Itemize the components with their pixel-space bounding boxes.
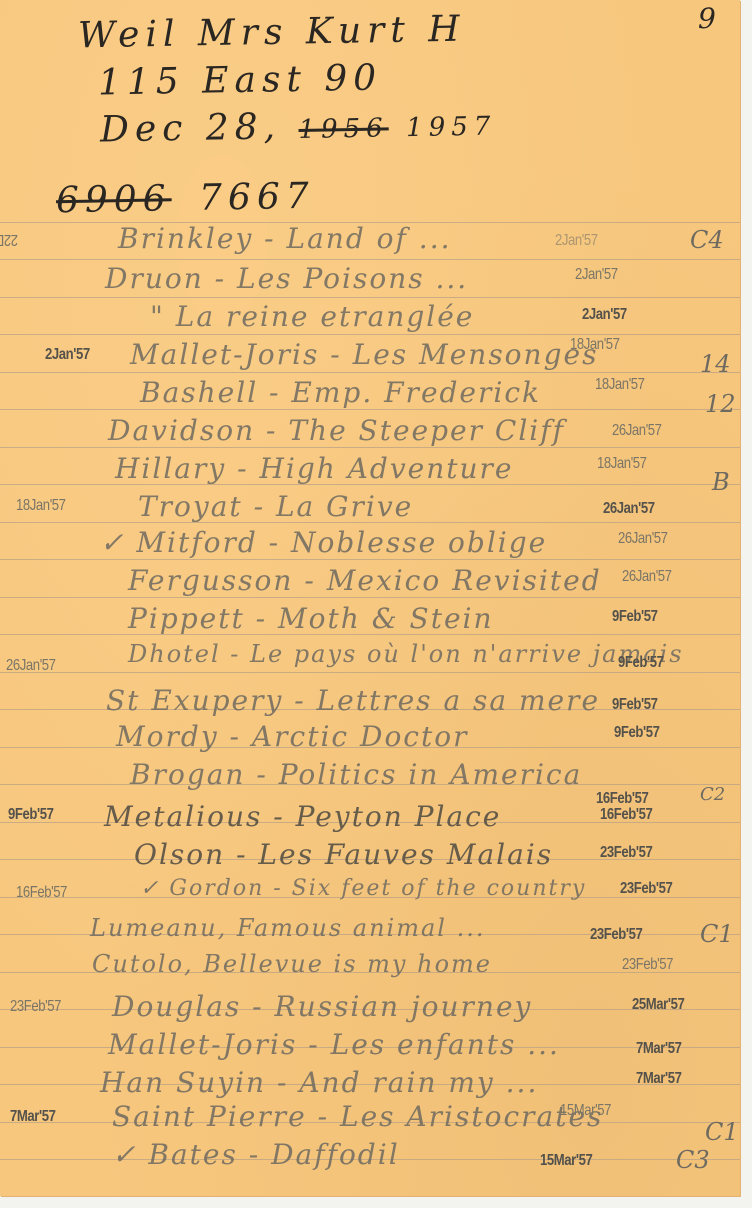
entry-note: C2 — [700, 784, 725, 805]
card-number-current: 7667 — [199, 176, 315, 219]
due-date-stamp: 2Jan'57 — [582, 306, 627, 324]
entry-title: ✓ Mitford - Noblesse oblige — [100, 526, 547, 559]
checkout-date-stamp: 23Feb'57 — [10, 998, 61, 1016]
library-index-card: 9 Weil Mrs Kurt H 115 East 90 Dec 28, 19… — [0, 0, 740, 1196]
entry-note: B — [712, 468, 730, 496]
entry-title: Lumeanu, Famous animal ... — [90, 914, 485, 942]
due-date-stamp: 26Jan'57 — [618, 530, 668, 548]
due-date-stamp: 7Mar'57 — [636, 1070, 681, 1088]
due-date-stamp: 2Jan'57 — [555, 232, 598, 250]
entry-title: Douglas - Russian journey — [112, 990, 532, 1023]
entry-title: Davidson - The Steeper Cliff — [108, 414, 565, 447]
return-date-stamp: 22Dec'56 — [0, 230, 18, 248]
card-date: Dec 28, 1956 1957 — [100, 103, 497, 151]
due-date-stamp: 25Mar'57 — [632, 996, 684, 1014]
entry-title: Cutolo, Bellevue is my home — [92, 950, 492, 978]
due-date-stamp: 15Mar'57 — [540, 1152, 592, 1170]
checkout-date-stamp: 26Jan'57 — [6, 657, 56, 675]
entry-title: Metalious - Peyton Place — [104, 800, 501, 833]
entry-title: Dhotel - Le pays où l'on n'arrive jamais — [128, 640, 684, 668]
entry-title: Fergusson - Mexico Revisited — [128, 564, 602, 597]
due-date-stamp: 26Jan'57 — [622, 568, 672, 586]
due-date-stamp: 15Mar'57 — [560, 1102, 611, 1120]
checkout-date-stamp: 9Feb'57 — [8, 806, 53, 824]
borrower-name: Weil Mrs Kurt H — [78, 9, 466, 57]
page-number: 9 — [698, 2, 716, 35]
due-date-stamp: 16Feb'57 — [600, 806, 652, 824]
due-date-stamp: 2Jan'57 — [575, 266, 618, 284]
due-date-stamp: 9Feb'57 — [614, 724, 659, 742]
entry-title: Brinkley - Land of ... — [118, 222, 452, 255]
date-year: 1957 — [406, 112, 497, 144]
entry-title: Mordy - Arctic Doctor — [116, 720, 468, 753]
ruled-line — [0, 372, 740, 373]
checkout-date-stamp: 2Jan'57 — [45, 346, 90, 364]
due-date-stamp: 23Feb'57 — [620, 880, 672, 898]
entry-title: Olson - Les Fauves Malais — [134, 838, 553, 871]
due-date-stamp: 18Jan'57 — [595, 376, 645, 394]
ruled-line — [0, 297, 740, 298]
entry-title: ✓ Gordon - Six feet of the country — [140, 876, 586, 901]
entry-note: C4 — [690, 226, 724, 254]
due-date-stamp: 23Feb'57 — [622, 956, 673, 974]
due-date-stamp: 23Feb'57 — [600, 844, 652, 862]
card-number: 6906 7667 — [56, 176, 315, 222]
entry-title: Pippett - Moth & Stein — [128, 602, 494, 635]
due-date-stamp: 26Jan'57 — [612, 422, 662, 440]
due-date-stamp: 7Mar'57 — [636, 1040, 681, 1058]
entry-title: " La reine etranglée — [150, 300, 474, 333]
checkout-date-stamp: 16Feb'57 — [16, 884, 67, 902]
card-number-struck: 6906 — [56, 178, 172, 221]
entry-title: Mallet-Joris - Les enfants ... — [108, 1028, 560, 1061]
ruled-line — [0, 672, 740, 673]
date-year-struck: 1956 — [298, 113, 389, 145]
due-date-stamp: 23Feb'57 — [590, 926, 642, 944]
ruled-line — [0, 447, 740, 448]
entry-note: C1 — [705, 1118, 739, 1146]
entry-note: 14 — [700, 350, 731, 378]
ruled-line — [0, 559, 740, 560]
due-date-stamp: 9Feb'57 — [612, 608, 657, 626]
entry-note: C1 — [700, 920, 734, 948]
entry-note: 12 — [705, 390, 736, 418]
entry-title: Han Suyin - And rain my ... — [100, 1066, 538, 1099]
date-written: Dec 28, — [100, 106, 282, 150]
ruled-line — [0, 597, 740, 598]
borrower-address: 115 East 90 — [98, 58, 383, 104]
entry-title: Mallet-Joris - Les Mensonges — [130, 338, 598, 371]
entry-note: C3 — [676, 1146, 710, 1174]
entry-title: Brogan - Politics in America — [130, 758, 582, 791]
checkout-date-stamp: 18Jan'57 — [16, 497, 66, 515]
due-date-stamp: 9Feb'57 — [612, 696, 657, 714]
checkout-date-stamp: 7Mar'57 — [10, 1108, 55, 1126]
entry-title: Hillary - High Adventure — [115, 452, 513, 485]
due-date-stamp: 26Jan'57 — [603, 500, 655, 518]
entry-title: Saint Pierre - Les Aristocrates — [112, 1100, 603, 1133]
ruled-line — [0, 409, 740, 410]
due-date-stamp: 9Feb'57 — [618, 654, 663, 672]
ruled-line — [0, 259, 740, 260]
ruled-line — [0, 334, 740, 335]
entry-title: Troyat - La Grive — [138, 490, 413, 523]
entry-title: St Exupery - Lettres a sa mere — [106, 684, 600, 717]
entry-title: Druon - Les Poisons ... — [105, 262, 468, 295]
due-date-stamp: 18Jan'57 — [570, 336, 620, 354]
due-date-stamp: 18Jan'57 — [597, 455, 647, 473]
entry-title: ✓ Bates - Daffodil — [112, 1138, 400, 1171]
entry-title: Bashell - Emp. Frederick — [140, 376, 541, 409]
